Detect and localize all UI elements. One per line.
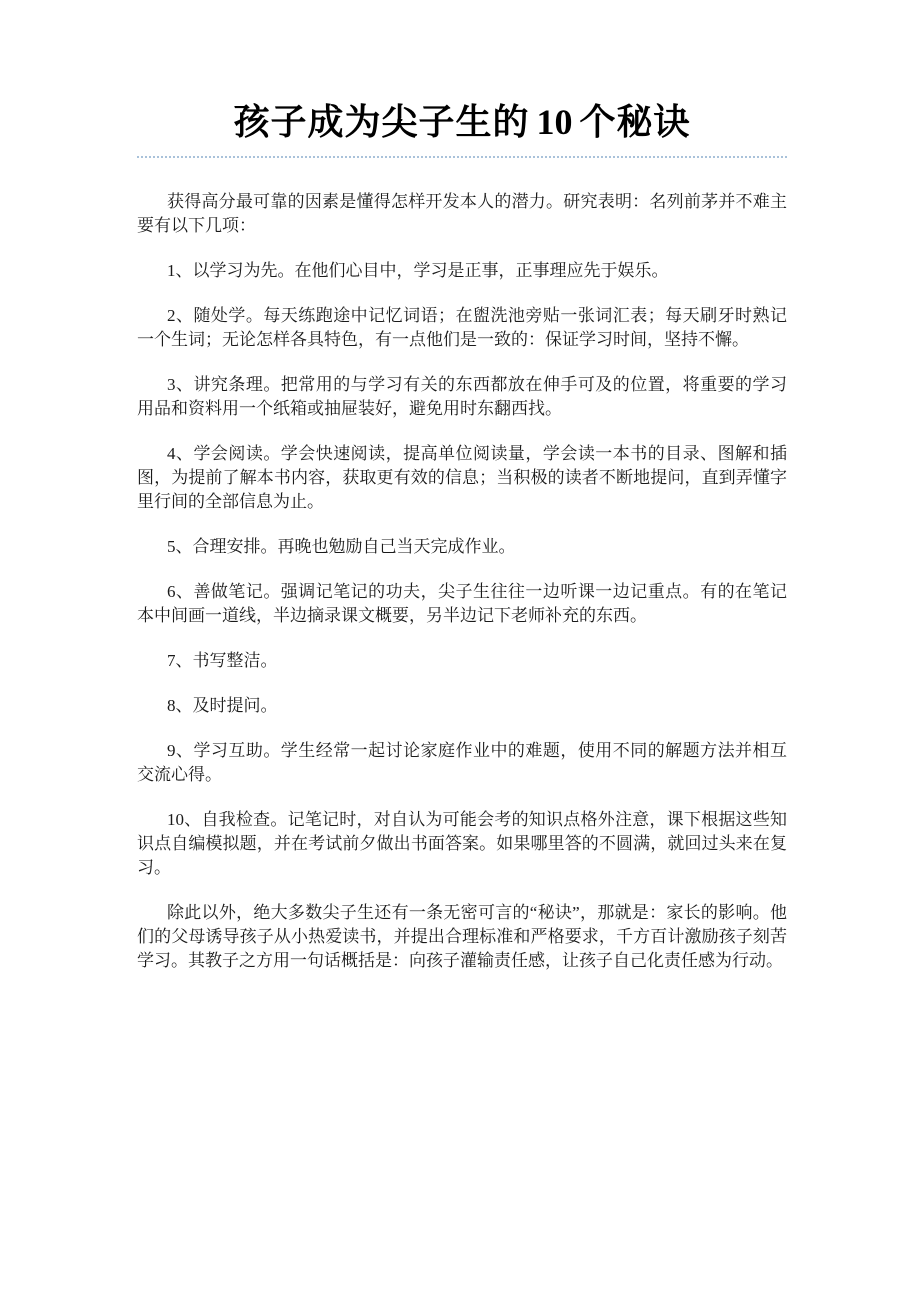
- paragraph-item-7: 7、书写整洁。: [137, 649, 787, 673]
- title-number: 10: [537, 102, 573, 142]
- paragraph-item-10: 10、自我检查。记笔记时，对自认为可能会考的知识点格外注意，课下根据这些知识点自…: [137, 808, 787, 880]
- paragraph-item-3: 3、讲究条理。把常用的与学习有关的东西都放在伸手可及的位置，将重要的学习用品和资…: [137, 373, 787, 421]
- document-title: 孩子成为尖子生的10个秘诀: [137, 0, 787, 158]
- title-suffix: 个秘诀: [580, 102, 691, 142]
- title-prefix: 孩子成为尖子生的: [233, 102, 529, 142]
- paragraph-item-4: 4、学会阅读。学会快速阅读，提高单位阅读量，学会读一本书的目录、图解和插图，为提…: [137, 442, 787, 514]
- paragraph-item-1: 1、以学习为先。在他们心目中，学习是正事，正事理应先于娱乐。: [137, 259, 787, 283]
- document-body: 获得高分最可靠的因素是懂得怎样开发本人的潜力。研究表明：名列前茅并不难主要有以下…: [137, 190, 787, 973]
- document-page: 孩子成为尖子生的10个秘诀 获得高分最可靠的因素是懂得怎样开发本人的潜力。研究表…: [0, 0, 920, 1302]
- paragraph-item-8: 8、及时提问。: [137, 694, 787, 718]
- paragraph-intro: 获得高分最可靠的因素是懂得怎样开发本人的潜力。研究表明：名列前茅并不难主要有以下…: [137, 190, 787, 238]
- paragraph-item-9: 9、学习互助。学生经常一起讨论家庭作业中的难题，使用不同的解题方法并相互交流心得…: [137, 739, 787, 787]
- paragraph-item-6: 6、善做笔记。强调记笔记的功夫，尖子生往往一边听课一边记重点。有的在笔记本中间画…: [137, 580, 787, 628]
- paragraph-closing: 除此以外，绝大多数尖子生还有一条无密可言的“秘诀”，那就是：家长的影响。他们的父…: [137, 901, 787, 973]
- paragraph-item-5: 5、合理安排。再晚也勉励自己当天完成作业。: [137, 535, 787, 559]
- paragraph-item-2: 2、随处学。每天练跑途中记忆词语；在盥洗池旁贴一张词汇表；每天刷牙时熟记一个生词…: [137, 304, 787, 352]
